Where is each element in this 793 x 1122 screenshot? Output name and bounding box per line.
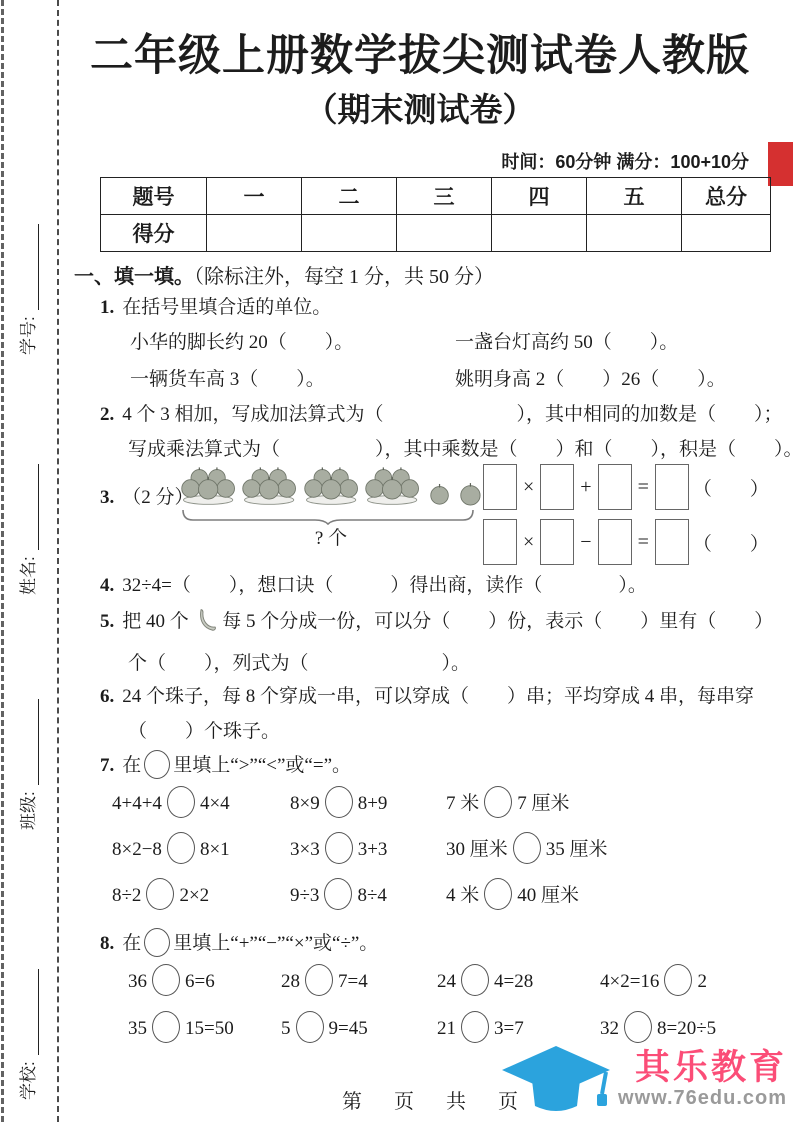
operator-circle (664, 964, 692, 996)
question-1-row-2: 一辆货车高 3（ ）。 姚明身高 2（ ）26（ ）。 (130, 364, 770, 391)
tomato-plate-icon (241, 462, 297, 508)
score-table-header-cell: 一 (207, 178, 302, 215)
equation-row-multiply-subtract: × − = （ ） (483, 517, 769, 567)
question-5-number: 5. (100, 611, 114, 632)
answer-box (540, 464, 574, 510)
question-3-graphic: ? 个 (180, 462, 482, 550)
q1-item-b: 一盏台灯高约 50（ ）。 (455, 327, 678, 354)
score-table-header-cell: 三 (397, 178, 492, 215)
comparison-item: 9÷38÷4 (290, 878, 446, 908)
score-table-header-cell: 五 (587, 178, 682, 215)
page-fold-dashed-line (1, 0, 4, 1122)
question-2-number: 2. (100, 404, 114, 425)
answer-box (655, 519, 689, 565)
tomato-groups (180, 462, 482, 508)
score-empty-cell (397, 215, 492, 252)
comparison-item: 4+4+44×4 (112, 786, 290, 816)
question-4-text: 32÷4=（ ），想口诀（ ）得出商，读作（ ）。 (122, 575, 647, 596)
section-one-title: 一、填一填。 (74, 266, 194, 288)
class-blank-line (20, 699, 39, 785)
student-name-label: 姓名: (14, 556, 39, 595)
question-6-line-1: 6.24 个珠子，每 8 个穿成一串，可以穿成（ ）串；平均穿成 4 串，每串穿 (100, 681, 754, 708)
example-circle (144, 750, 170, 779)
question-1-text: 在括号里填合适的单位。 (122, 297, 331, 318)
sidebar-class: 班级: (13, 660, 39, 830)
question-6-text-1: 24 个珠子，每 8 个穿成一串，可以穿成（ ）串；平均穿成 4 串，每串穿 (122, 686, 754, 707)
brace-question-label: ? 个 (180, 523, 482, 550)
answer-box (598, 519, 632, 565)
page-number-info: 第 页 共 页 (342, 1085, 524, 1114)
operator-fill-item: 59=45 (281, 1011, 437, 1043)
answer-box (598, 464, 632, 510)
question-8-text-pre: 在 (122, 933, 141, 954)
plus-operator: + (580, 476, 591, 499)
operator-circle (305, 964, 333, 996)
question-5-line-1: 5.把 40 个 每 5 个分成一份，可以分（ ）份，表示（ ）里有（ ） (100, 606, 773, 633)
sidebar-student-name: 姓名: (13, 425, 39, 595)
question-5-line-2: 个（ ），列式为（ ）。 (128, 648, 470, 675)
comparison-circle (484, 786, 512, 818)
page-title: 二年级上册数学拔尖测试卷人教版 (75, 22, 765, 83)
question-2-line-1: 2.4 个 3 相加，写成加法算式为（ ），其中相同的加数是（ ）； (100, 399, 783, 426)
unit-parentheses: （ ） (693, 529, 769, 556)
question-1: 1.在括号里填合适的单位。 (100, 292, 331, 319)
comparison-item: 8÷22×2 (112, 878, 290, 908)
brand-website: www.76edu.com (618, 1087, 787, 1110)
answer-box (655, 464, 689, 510)
equation-row-multiply-add: × + = （ ） (483, 462, 769, 512)
comparison-item: 7 米7 厘米 (446, 786, 608, 816)
question-5-text-post: 每 5 个分成一份，可以分（ ）份，表示（ ）里有（ ） (222, 611, 773, 632)
operator-fill-item: 287=4 (281, 964, 437, 996)
score-empty-cell (207, 215, 302, 252)
comparison-item: 3×33+3 (290, 832, 446, 862)
school-blank-line (20, 969, 39, 1055)
question-1-number: 1. (100, 297, 114, 318)
score-table-header-cell: 二 (302, 178, 397, 215)
operator-circle (152, 1011, 180, 1043)
score-empty-cell (682, 215, 771, 252)
comparison-circle (484, 878, 512, 910)
comparison-circle (167, 832, 195, 864)
comparison-item: 8×2−88×1 (112, 832, 290, 862)
question-7: 7.在里填上“>”“<”或“=”。 (100, 750, 351, 779)
sidebar-school: 学校: (13, 930, 39, 1100)
student-name-blank-line (20, 464, 39, 550)
operator-fill-item: 3515=50 (128, 1011, 281, 1043)
tomato-icon (429, 474, 450, 508)
section-one-note: （除标注外，每空 1 分，共 50 分） (194, 266, 494, 288)
score-row-label: 得分 (101, 215, 207, 252)
question-7-text-post: 里填上“>”“<”或“=”。 (173, 755, 351, 776)
graduation-cap-icon (500, 1044, 612, 1116)
operator-fill-item: 366=6 (128, 964, 281, 996)
question-5-text-pre: 把 40 个 (122, 611, 189, 632)
score-empty-cell (587, 215, 682, 252)
question-2-line-2: 写成乘法算式为（ ），其中乘数是（ ）和（ ），积是（ ）。 (128, 434, 793, 461)
operator-circle (461, 964, 489, 996)
exam-time-score-info: 时间：60分钟 满分：100+10分 (501, 148, 749, 174)
comparison-circle (324, 878, 352, 910)
question-2-text-2: 写成乘法算式为（ ），其中乘数是（ ）和（ ），积是（ ）。 (128, 439, 793, 460)
section-one-heading: 一、填一填。（除标注外，每空 1 分，共 50 分） (74, 260, 494, 289)
score-empty-cell (492, 215, 587, 252)
red-corner-marker (768, 142, 793, 186)
multiply-operator: × (523, 476, 534, 499)
question-7-number: 7. (100, 755, 114, 776)
score-table-header-cell: 四 (492, 178, 587, 215)
comparison-item: 4 米40 厘米 (446, 878, 608, 908)
student-number-blank-line (20, 224, 39, 310)
worksheet-page: 学号: 姓名: 班级: 学校: 二年级上册数学拔尖测试卷人教版 （期末测试卷） … (0, 0, 793, 1122)
operator-circle (152, 964, 180, 996)
brand-logo: 其乐教育 www.76edu.com (500, 1044, 787, 1116)
comparison-circle (146, 878, 174, 910)
question-7-text-pre: 在 (122, 755, 141, 776)
tomato-icon (459, 474, 482, 508)
question-6-line-2: （ ）个珠子。 (128, 716, 280, 743)
operator-fill-item: 4×2=162 (600, 964, 716, 996)
student-number-label: 学号: (14, 316, 39, 355)
question-3-number: 3. (100, 487, 114, 508)
q1-item-c: 一辆货车高 3（ ）。 (130, 364, 455, 391)
comparison-circle (167, 786, 195, 818)
operator-circle (296, 1011, 324, 1043)
operator-fill-item: 213=7 (437, 1011, 600, 1043)
question-4-number: 4. (100, 575, 114, 596)
sidebar-dashed-divider (57, 0, 59, 1122)
operator-circle (624, 1011, 652, 1043)
q1-item-d: 姚明身高 2（ ）26（ ）。 (455, 364, 726, 391)
example-circle (144, 928, 170, 957)
tomato-plate-icon (180, 462, 236, 508)
question-5-text-2: 个（ ），列式为（ ）。 (128, 653, 470, 674)
operator-circle (461, 1011, 489, 1043)
tomato-plate-icon (364, 462, 420, 508)
question-3-equations: × + = （ ） × − = （ ） (483, 462, 769, 572)
question-8-equations: 366=6 287=4 244=28 4×2=162 3515=50 59=45… (128, 964, 716, 1043)
comparison-item: 30 厘米35 厘米 (446, 832, 608, 862)
score-table-header-cell: 题号 (101, 178, 207, 215)
question-4: 4.32÷4=（ ），想口诀（ ）得出商，读作（ ）。 (100, 570, 647, 597)
unit-parentheses: （ ） (693, 474, 769, 501)
score-table-header-row: 题号 一 二 三 四 五 总分 (101, 178, 771, 215)
comparison-circle (325, 832, 353, 864)
multiply-operator: × (523, 531, 534, 554)
answer-box (540, 519, 574, 565)
score-table: 题号 一 二 三 四 五 总分 得分 (100, 177, 771, 252)
page-subtitle: （期末测试卷） (75, 84, 765, 131)
equals-sign: = (638, 531, 649, 554)
comparison-circle (325, 786, 353, 818)
question-8: 8.在里填上“+”“−”“×”或“÷”。 (100, 928, 378, 957)
class-label: 班级: (14, 791, 39, 830)
question-2-text-1: 4 个 3 相加，写成加法算式为（ ），其中相同的加数是（ ）； (122, 404, 782, 425)
operator-fill-item: 244=28 (437, 964, 600, 996)
q1-item-a: 小华的脚长约 20（ ）。 (130, 327, 455, 354)
operator-fill-item: 328=20÷5 (600, 1011, 716, 1043)
question-1-row-1: 小华的脚长约 20（ ）。 一盏台灯高约 50（ ）。 (130, 327, 770, 354)
school-label: 学校: (14, 1061, 39, 1100)
brand-name: 其乐教育 (635, 1050, 787, 1087)
answer-box (483, 464, 517, 510)
comparison-item: 8×98+9 (290, 786, 446, 816)
tomato-plate-icon (303, 462, 359, 508)
brand-text-block: 其乐教育 www.76edu.com (618, 1050, 787, 1110)
answer-box (483, 519, 517, 565)
score-empty-cell (302, 215, 397, 252)
score-table-header-cell: 总分 (682, 178, 771, 215)
minus-operator: − (580, 531, 591, 554)
question-6-text-2: （ ）个珠子。 (128, 721, 280, 742)
comparison-circle (513, 832, 541, 864)
score-table-score-row: 得分 (101, 215, 771, 252)
sidebar-student-number: 学号: (13, 185, 39, 355)
question-8-number: 8. (100, 933, 114, 954)
banana-icon (196, 609, 216, 633)
question-6-number: 6. (100, 686, 114, 707)
question-7-comparisons: 4+4+44×4 8×98+9 7 米7 厘米 8×2−88×1 3×33+3 … (112, 786, 608, 908)
question-8-text-post: 里填上“+”“−”“×”或“÷”。 (173, 933, 378, 954)
equals-sign: = (638, 476, 649, 499)
